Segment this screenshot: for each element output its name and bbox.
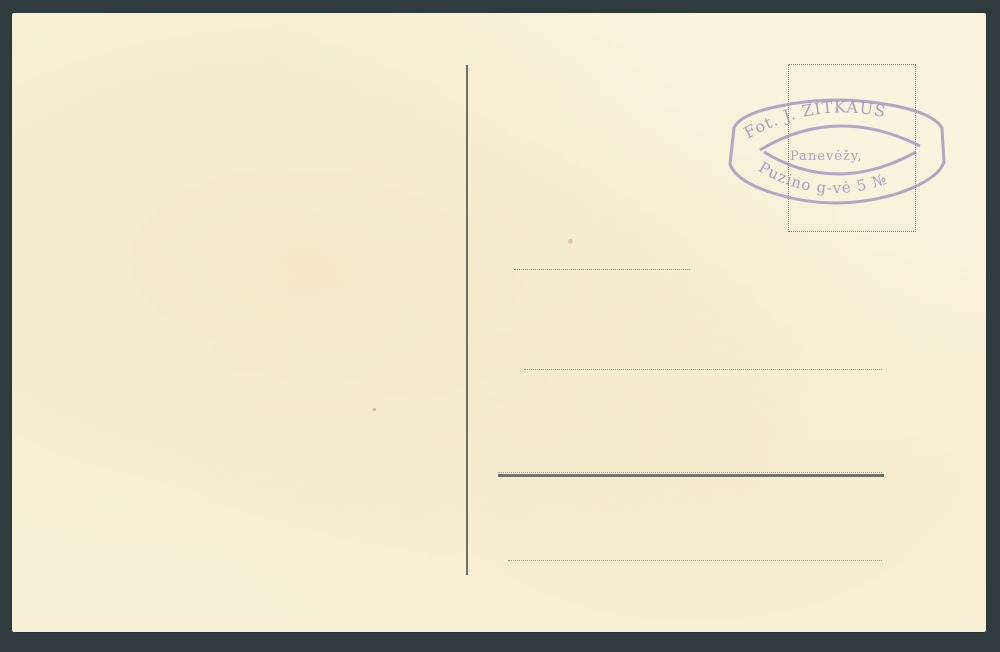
paper-stain xyxy=(373,408,376,411)
svg-text:Fot. J. ZITKAUS: Fot. J. ZITKAUS xyxy=(741,97,888,142)
photographer-stamp: Fot. J. ZITKAUS Panevėžy, Puzino g-vė 5 … xyxy=(720,92,952,208)
address-line xyxy=(498,472,882,473)
paper-stain xyxy=(568,239,573,244)
address-line xyxy=(524,369,882,370)
address-line xyxy=(514,269,690,270)
address-line xyxy=(508,560,882,561)
message-address-divider xyxy=(466,65,468,575)
stamp-text-top: Fot. J. ZITKAUS xyxy=(741,97,888,142)
address-rule xyxy=(498,474,884,477)
stamp-text-middle: Panevėžy, xyxy=(790,149,863,164)
